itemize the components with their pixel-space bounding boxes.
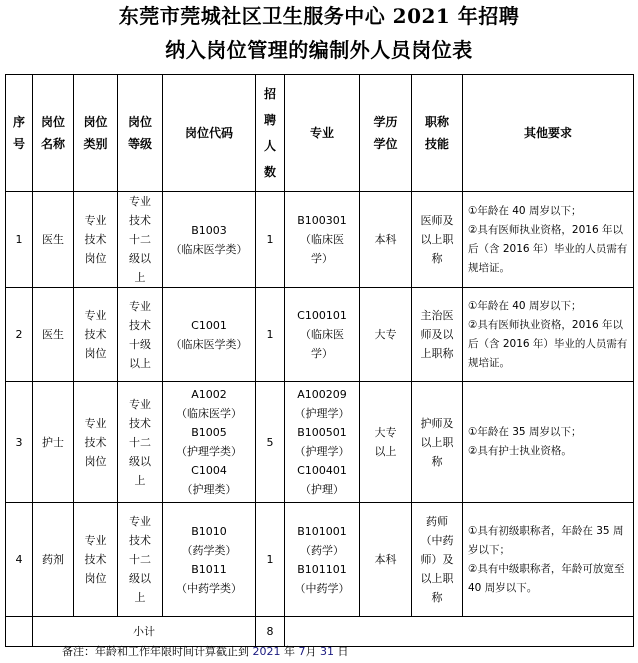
cell-other-requirements: ①年龄在 40 周岁以下； ②具有医师执业资格，2016 年以后（含 2016 … xyxy=(463,192,634,288)
cell-post-grade: 专业技术十二级以上 xyxy=(118,192,163,288)
cell-post-category: 专业技术岗位 xyxy=(74,288,118,382)
cell-education: 大专以上 xyxy=(360,382,412,503)
cell-seq: 2 xyxy=(6,288,33,382)
cell-hires: 1 xyxy=(256,503,285,617)
major-name: （临床医学） xyxy=(300,233,344,265)
positions-table: 序号 岗位名称 岗位类别 岗位等级 岗位代码 招聘人数 专业 学历学位 职称技能… xyxy=(5,74,634,647)
requirement-item: ①具有初级职称者，年龄在 35 周岁以下； xyxy=(468,522,629,560)
cell-post-name: 医生 xyxy=(33,192,74,288)
major-name: （中药学） xyxy=(285,579,359,598)
cell-hires: 1 xyxy=(256,192,285,288)
cell-post-grade: 专业技术十级以上 xyxy=(118,288,163,382)
requirement-item: ①年龄在 40 周岁以下； xyxy=(468,297,629,316)
post-code-category: （临床医学类） xyxy=(163,335,255,354)
cell-major: A100209 （护理学） B100501 （护理学） C100401 （护理） xyxy=(285,382,360,503)
requirement-item: ②具有中级职称者，年龄可放宽至 40 周岁以下。 xyxy=(468,560,629,598)
header-post-name: 岗位名称 xyxy=(33,75,74,192)
cell-post-category: 专业技术岗位 xyxy=(74,503,118,617)
cell-title-skill: 主治医师及以上职称 xyxy=(412,288,463,382)
post-code-category: （药学类） xyxy=(163,541,255,560)
header-post-grade: 岗位等级 xyxy=(118,75,163,192)
post-code-category: （临床医学类） xyxy=(163,240,255,259)
requirement-item: ②具有医师执业资格，2016 年以后（含 2016 年）毕业的人员需有规培证。 xyxy=(468,221,629,278)
table-row: 2 医生 专业技术岗位 专业技术十级以上 C1001 （临床医学类） 1 C10… xyxy=(6,288,634,382)
footnote-month: 7 xyxy=(299,645,306,658)
header-seq: 序号 xyxy=(6,75,33,192)
cell-other-requirements: ①具有初级职称者，年龄在 35 周岁以下； ②具有中级职称者，年龄可放宽至 40… xyxy=(463,503,634,617)
header-major: 专业 xyxy=(285,75,360,192)
major-code: B100501 xyxy=(285,423,359,442)
header-post-code: 岗位代码 xyxy=(163,75,256,192)
major-code: B100301 xyxy=(293,211,351,230)
requirement-item: ①年龄在 40 周岁以下； xyxy=(468,202,629,221)
cell-post-name: 护士 xyxy=(33,382,74,503)
table-row: 4 药剂 专业技术岗位 专业技术十二级以上 B1010 （药学类） B1011 … xyxy=(6,503,634,617)
cell-hires: 5 xyxy=(256,382,285,503)
footnote-month-unit: 月 xyxy=(306,645,317,658)
footnote: 备注：年龄和工作年限时间计算截止到 2021 年 7月 31 日 xyxy=(62,644,349,660)
footnote-day-unit: 日 xyxy=(338,645,349,658)
cell-major: C100101 （临床医学） xyxy=(285,288,360,382)
cell-post-category: 专业技术岗位 xyxy=(74,192,118,288)
cell-seq: 1 xyxy=(6,192,33,288)
cell-post-name: 医生 xyxy=(33,288,74,382)
cell-post-category: 专业技术岗位 xyxy=(74,382,118,503)
footnote-year-unit: 年 xyxy=(284,645,295,658)
post-code: B1011 xyxy=(163,560,255,579)
table-row: 1 医生 专业技术岗位 专业技术十二级以上 B1003 （临床医学类） 1 B1… xyxy=(6,192,634,288)
major-code: A100209 xyxy=(285,385,359,404)
document-title-line1: 东莞市莞城社区卫生服务中心 2021 年招聘 xyxy=(0,4,638,28)
cell-post-code: A1002 （临床医学） B1005 （护理学类） C1004 （护理类） xyxy=(163,382,256,503)
header-education: 学历学位 xyxy=(360,75,412,192)
subtotal-row: 小计 8 xyxy=(6,617,634,647)
post-code: C1001 xyxy=(163,316,255,335)
cell-other-requirements: ①年龄在 35 周岁以下； ②具有护士执业资格。 xyxy=(463,382,634,503)
major-code: C100101 xyxy=(293,306,351,325)
post-code: C1004 xyxy=(163,461,255,480)
cell-post-grade: 专业技术十二级以上 xyxy=(118,382,163,503)
header-title-skill: 职称技能 xyxy=(412,75,463,192)
cell-title-skill: 药师（中药师）及以上职称 xyxy=(412,503,463,617)
major-name: （护理学） xyxy=(285,442,359,461)
major-code: B101101 xyxy=(285,560,359,579)
requirement-item: ②具有医师执业资格，2016 年以后（含 2016 年）毕业的人员需有规培证。 xyxy=(468,316,629,373)
header-other: 其他要求 xyxy=(463,75,634,192)
header-post-category: 岗位类别 xyxy=(74,75,118,192)
cell-seq: 4 xyxy=(6,503,33,617)
cell-post-grade: 专业技术十二级以上 xyxy=(118,503,163,617)
major-code: C100401 xyxy=(285,461,359,480)
requirement-item: ①年龄在 35 周岁以下； xyxy=(468,423,629,442)
cell-post-code: B1010 （药学类） B1011 （中药学类） xyxy=(163,503,256,617)
post-code-category: （护理类） xyxy=(163,480,255,499)
cell-hires: 1 xyxy=(256,288,285,382)
cell-education: 本科 xyxy=(360,192,412,288)
cell-education: 本科 xyxy=(360,503,412,617)
post-code: A1002 xyxy=(163,385,255,404)
footnote-year: 2021 xyxy=(253,645,281,658)
major-name: （护理） xyxy=(285,480,359,499)
header-row: 序号 岗位名称 岗位类别 岗位等级 岗位代码 招聘人数 专业 学历学位 职称技能… xyxy=(6,75,634,192)
cell-post-name: 药剂 xyxy=(33,503,74,617)
cell-major: B100301 （临床医学） xyxy=(285,192,360,288)
subtotal-label: 小计 xyxy=(33,617,256,647)
cell-post-code: B1003 （临床医学类） xyxy=(163,192,256,288)
cell-other-requirements: ①年龄在 40 周岁以下； ②具有医师执业资格，2016 年以后（含 2016 … xyxy=(463,288,634,382)
post-code: B1005 xyxy=(163,423,255,442)
post-code-category: （中药学类） xyxy=(163,579,255,598)
major-name: （药学） xyxy=(285,541,359,560)
post-code-category: （临床医学） xyxy=(163,404,255,423)
cell-seq: 3 xyxy=(6,382,33,503)
header-hires: 招聘人数 xyxy=(256,75,285,192)
major-name: （护理学） xyxy=(285,404,359,423)
subtotal-value: 8 xyxy=(256,617,285,647)
requirement-item: ②具有护士执业资格。 xyxy=(468,442,629,461)
post-code-category: （护理学类） xyxy=(163,442,255,461)
major-code: B101001 xyxy=(285,522,359,541)
post-code: B1010 xyxy=(163,522,255,541)
post-code: B1003 xyxy=(163,221,255,240)
subtotal-empty-cell xyxy=(6,617,33,647)
cell-education: 大专 xyxy=(360,288,412,382)
cell-post-code: C1001 （临床医学类） xyxy=(163,288,256,382)
cell-title-skill: 护师及以上职称 xyxy=(412,382,463,503)
footnote-prefix: 备注：年龄和工作年限时间计算截止到 xyxy=(62,645,249,658)
cell-title-skill: 医师及以上职称 xyxy=(412,192,463,288)
document-title-line2: 纳入岗位管理的编制外人员岗位表 xyxy=(0,38,638,62)
table-row: 3 护士 专业技术岗位 专业技术十二级以上 A1002 （临床医学） B1005… xyxy=(6,382,634,503)
cell-major: B101001 （药学） B101101 （中药学） xyxy=(285,503,360,617)
footnote-day: 31 xyxy=(320,645,334,658)
subtotal-blank-cell xyxy=(285,617,634,647)
major-name: （临床医学） xyxy=(300,328,344,360)
